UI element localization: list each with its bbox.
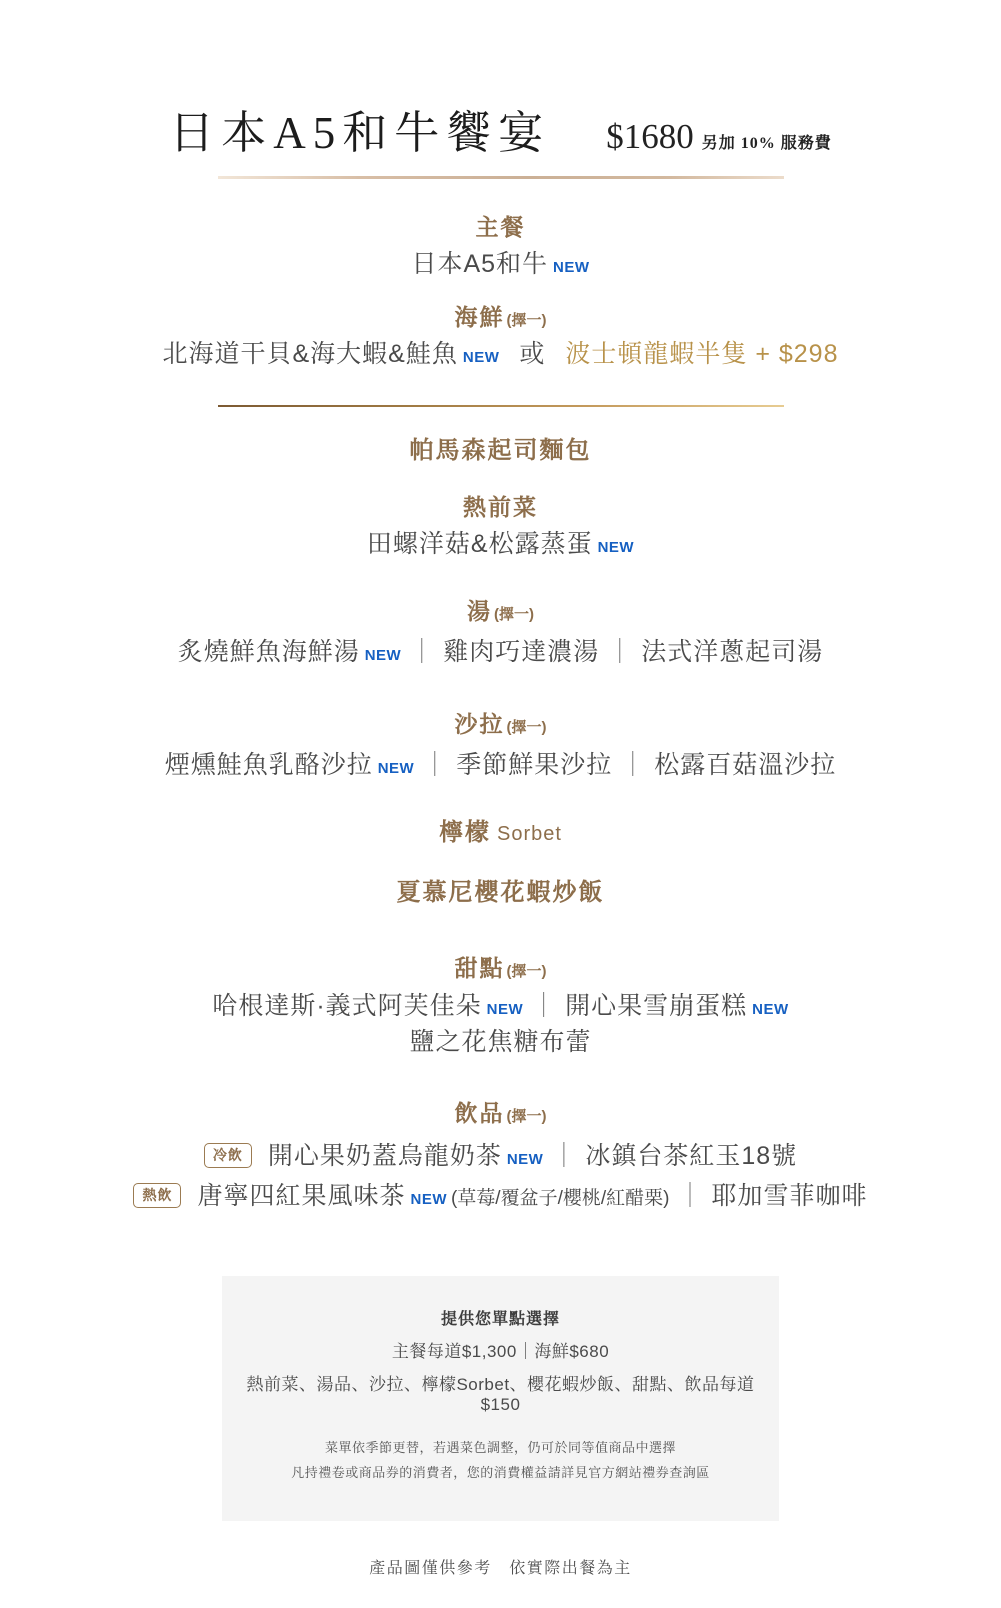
page-title: 日本A5和牛饗宴 bbox=[169, 106, 550, 160]
section-soup-title: 湯(擇一) bbox=[0, 597, 1001, 627]
dessert-options-line1: 哈根達斯·義式阿芙佳朵NEW｜開心果雪崩蛋糕NEW bbox=[0, 990, 1001, 1023]
dessert-title-label: 甜點 bbox=[455, 955, 505, 981]
seafood-options: 北海道干貝&海大蝦&鮭魚NEW或波士頓龍蝦半隻 + $298 bbox=[0, 338, 1001, 371]
new-badge: NEW bbox=[378, 760, 415, 777]
separator: ｜ bbox=[409, 638, 435, 666]
footer-disclaimer: 產品圖僅供參考 依實際出餐為主 bbox=[0, 1555, 1001, 1608]
fried-rice-item: 夏慕尼櫻花蝦炒飯 bbox=[0, 877, 1001, 908]
hot-drink-flavor-note: (草莓/覆盆子/櫻桃/紅醋栗) bbox=[451, 1188, 670, 1209]
section-dessert-title: 甜點(擇一) bbox=[0, 954, 1001, 984]
alacarte-title: 提供您單點選擇 bbox=[232, 1306, 769, 1329]
divider-top bbox=[218, 176, 784, 179]
hot-drink-badge: 熱飲 bbox=[133, 1183, 181, 1208]
new-badge: NEW bbox=[487, 1001, 524, 1018]
drinks-cold-line: 冷飲開心果奶蓋烏龍奶茶NEW｜冰鎮台茶紅玉18號 bbox=[0, 1140, 1001, 1173]
new-badge: NEW bbox=[365, 647, 402, 664]
menu-page: 日本A5和牛饗宴 $1680 另加 10% 服務費 主餐 日本A5和牛NEW 海… bbox=[0, 0, 1001, 1608]
hot-drink-option-1: 唐寧四紅果風味茶 bbox=[197, 1182, 405, 1210]
seafood-title-label: 海鮮 bbox=[455, 304, 505, 330]
cold-drink-option-2: 冰鎮台茶紅玉18號 bbox=[585, 1142, 797, 1170]
sorbet-item: 檸檬Sorbet bbox=[0, 817, 1001, 848]
salad-title-label: 沙拉 bbox=[455, 711, 505, 737]
separator: ｜ bbox=[677, 1182, 703, 1210]
dessert-option-2: 開心果雪崩蛋糕 bbox=[565, 992, 747, 1020]
section-salad-title: 沙拉(擇一) bbox=[0, 710, 1001, 740]
separator: ｜ bbox=[551, 1142, 577, 1170]
choose-one-note: (擇一) bbox=[507, 312, 547, 329]
dessert-option-3: 鹽之花焦糖布蕾 bbox=[409, 1028, 591, 1056]
soup-option-2: 雞肉巧達濃湯 bbox=[443, 638, 599, 666]
soup-options: 炙燒鮮魚海鮮湯NEW｜雞肉巧達濃湯｜法式洋蔥起司湯 bbox=[0, 636, 1001, 669]
dessert-option-1: 哈根達斯·義式阿芙佳朵 bbox=[212, 992, 481, 1020]
seafood-option-1: 北海道干貝&海大蝦&鮭魚 bbox=[163, 340, 458, 368]
bread-item: 帕馬森起司麵包 bbox=[0, 435, 1001, 466]
salad-option-1: 煙燻鮭魚乳酪沙拉 bbox=[165, 751, 373, 779]
choose-one-note: (擇一) bbox=[507, 719, 547, 736]
price-group: $1680 另加 10% 服務費 bbox=[606, 117, 832, 157]
soup-title-label: 湯 bbox=[467, 598, 492, 624]
sorbet-cjk-label: 檸檬 bbox=[439, 819, 491, 846]
alacarte-info-box: 提供您單點選擇 主餐每道$1,300｜海鮮$680 熱前菜、湯品、沙拉、檸檬So… bbox=[222, 1276, 779, 1521]
separator: ｜ bbox=[607, 638, 633, 666]
main-course-item-label: 日本A5和牛 bbox=[411, 250, 548, 278]
hot-appetizer-item: 田螺洋菇&松露蒸蛋NEW bbox=[0, 528, 1001, 561]
choose-one-note: (擇一) bbox=[507, 963, 547, 980]
new-badge: NEW bbox=[752, 1001, 789, 1018]
new-badge: NEW bbox=[553, 259, 590, 276]
separator: ｜ bbox=[422, 751, 448, 779]
cold-drink-option-1: 開心果奶蓋烏龍奶茶 bbox=[268, 1142, 502, 1170]
salad-option-3: 松露百菇溫沙拉 bbox=[654, 751, 836, 779]
new-badge: NEW bbox=[410, 1191, 447, 1208]
hot-drink-option-2: 耶加雪菲咖啡 bbox=[712, 1182, 868, 1210]
soup-option-3: 法式洋蔥起司湯 bbox=[641, 638, 823, 666]
separator: ｜ bbox=[620, 751, 646, 779]
choose-one-note: (擇一) bbox=[507, 1108, 547, 1125]
alacarte-price-line-1: 主餐每道$1,300｜海鮮$680 bbox=[232, 1337, 769, 1362]
alacarte-price-line-2: 熱前菜、湯品、沙拉、檸檬Sorbet、櫻花蝦炒飯、甜點、飲品每道$150 bbox=[232, 1370, 769, 1415]
section-drinks-title: 飲品(擇一) bbox=[0, 1099, 1001, 1129]
section-hot-appetizer-title: 熱前菜 bbox=[0, 493, 1001, 523]
main-course-item: 日本A5和牛NEW bbox=[0, 248, 1001, 281]
dessert-options-line2: 鹽之花焦糖布蕾 bbox=[0, 1026, 1001, 1059]
alacarte-note-1: 菜單依季節更替，若遇菜色調整，仍可於同等值商品中選擇 bbox=[232, 1437, 769, 1456]
drinks-hot-line: 熱飲唐寧四紅果風味茶NEW(草莓/覆盆子/櫻桃/紅醋栗)｜耶加雪菲咖啡 bbox=[0, 1180, 1001, 1213]
drinks-title-label: 飲品 bbox=[455, 1100, 505, 1126]
separator: ｜ bbox=[531, 992, 557, 1020]
salad-options: 煙燻鮭魚乳酪沙拉NEW｜季節鮮果沙拉｜松露百菇溫沙拉 bbox=[0, 749, 1001, 782]
choose-one-note: (擇一) bbox=[494, 606, 534, 623]
cold-drink-badge: 冷飲 bbox=[204, 1143, 252, 1168]
section-seafood-title: 海鮮(擇一) bbox=[0, 303, 1001, 333]
soup-option-1: 炙燒鮮魚海鮮湯 bbox=[178, 638, 360, 666]
seafood-option-2: 波士頓龍蝦半隻 + $298 bbox=[565, 340, 838, 368]
divider-gold bbox=[218, 405, 784, 407]
new-badge: NEW bbox=[507, 1151, 544, 1168]
sorbet-latin-label: Sorbet bbox=[497, 823, 562, 845]
alacarte-note-2: 凡持禮卷或商品券的消費者，您的消費權益請詳見官方網站禮券查詢區 bbox=[232, 1462, 769, 1481]
section-main-course-title: 主餐 bbox=[0, 213, 1001, 243]
new-badge: NEW bbox=[463, 349, 500, 366]
menu-header: 日本A5和牛饗宴 $1680 另加 10% 服務費 bbox=[0, 0, 1001, 160]
hot-appetizer-item-label: 田螺洋菇&松露蒸蛋 bbox=[367, 530, 593, 558]
salad-option-2: 季節鮮果沙拉 bbox=[456, 751, 612, 779]
or-word: 或 bbox=[519, 340, 545, 368]
new-badge: NEW bbox=[598, 539, 635, 556]
price-value: $1680 bbox=[606, 117, 694, 157]
price-service-note: 另加 10% 服務費 bbox=[702, 130, 832, 153]
